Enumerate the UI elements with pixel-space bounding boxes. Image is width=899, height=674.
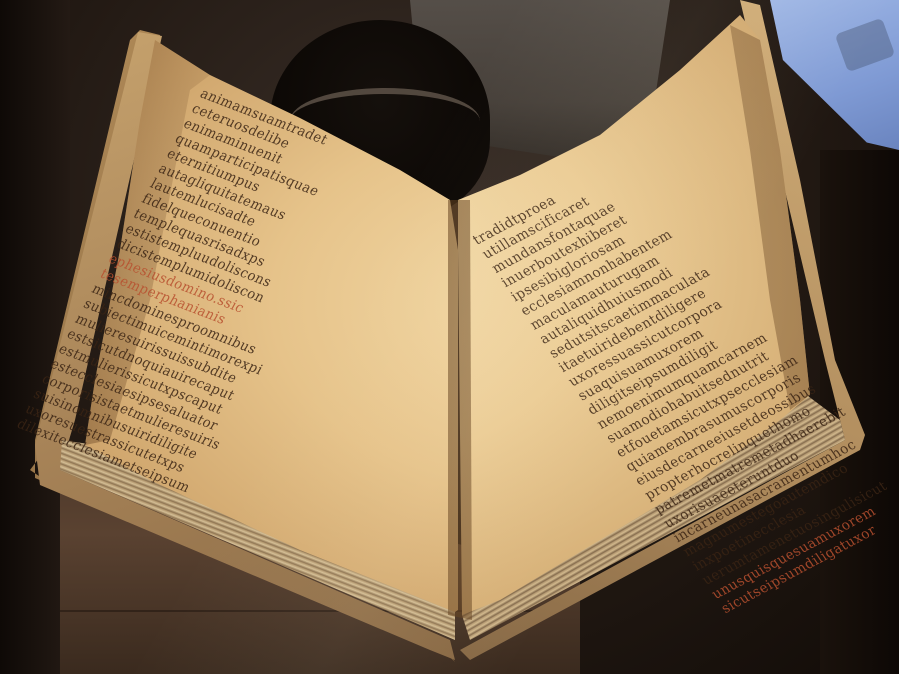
manuscript-photo: animamsuamtradet ceteruosdelibe enimamin… — [0, 0, 899, 674]
